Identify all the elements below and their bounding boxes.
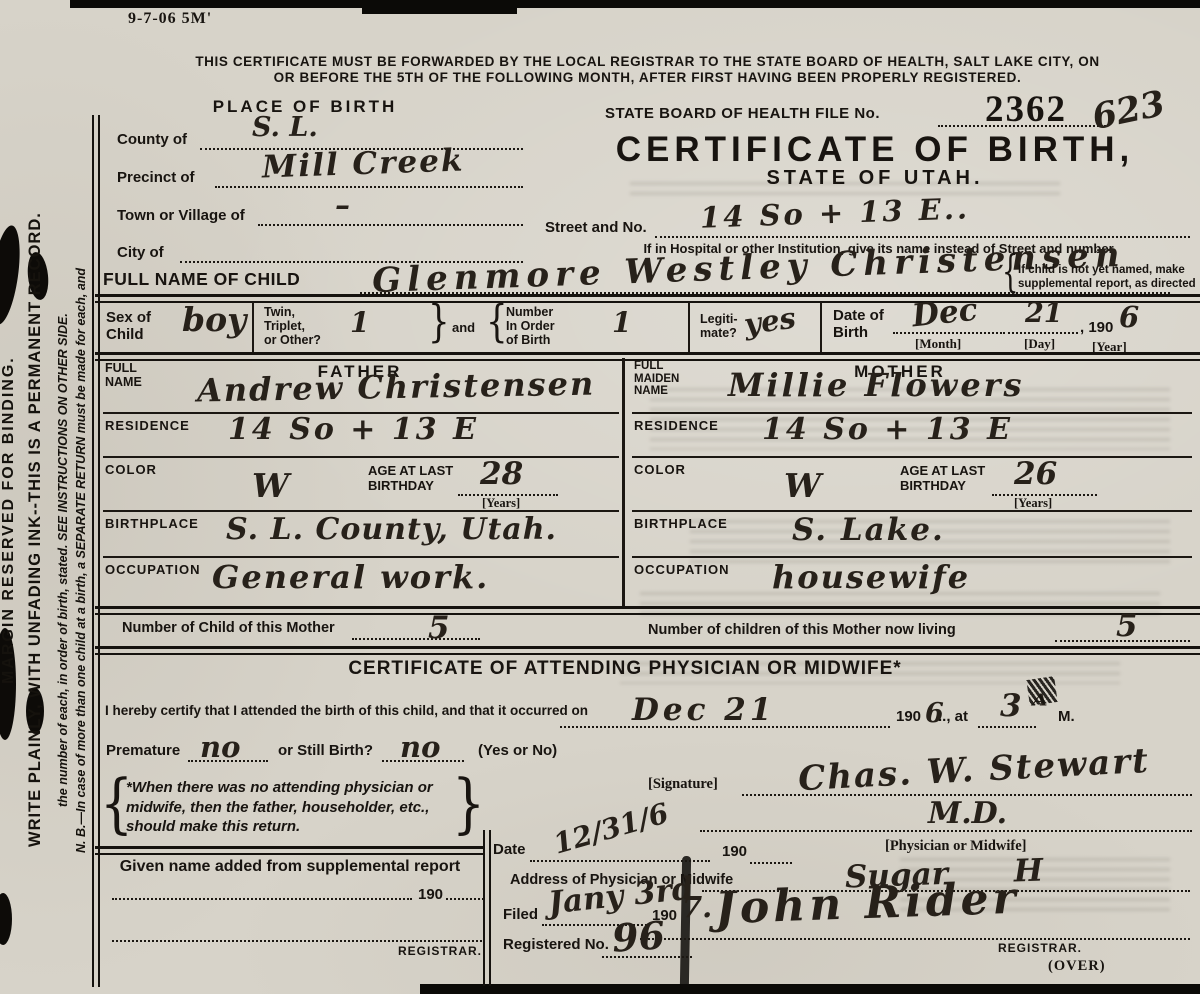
- supplemental-year: 190: [418, 886, 443, 903]
- rule: [95, 606, 1200, 615]
- stillbirth-label: or Still Birth?: [278, 742, 373, 759]
- supplemental-line2: [112, 920, 482, 942]
- line: [103, 536, 619, 558]
- city-label: City of: [117, 244, 164, 261]
- town-value: –: [335, 188, 350, 223]
- day-bracket: [Day]: [1024, 336, 1055, 352]
- certify-date-value: Dec 21: [632, 692, 775, 728]
- children-living-value: 5: [1116, 608, 1138, 644]
- printers-stamp: 9-7-06 5M': [128, 10, 212, 28]
- forwarding-instruction-line2: OR BEFORE THE 5TH OF THE FOLLOWING MONTH…: [100, 70, 1195, 85]
- certificate-subtitle: STATE OF UTAH.: [560, 167, 1190, 190]
- certify-year-prefix: 190: [896, 708, 921, 725]
- note-brace-close: }: [452, 767, 485, 842]
- physician-section-title: CERTIFICATE OF ATTENDING PHYSICIAN OR MI…: [200, 658, 1050, 680]
- legitimate-label: Legiti- mate?: [700, 312, 738, 340]
- line: [632, 436, 1192, 458]
- dob-month-value: Dec: [910, 292, 979, 335]
- supplemental-title: Given name added from supplemental repor…: [100, 858, 480, 876]
- line: [103, 436, 619, 458]
- physician-or-midwife-bracket: [Physician or Midwife]: [885, 838, 1027, 855]
- brace-open: {: [486, 296, 508, 348]
- margin-write-plainly-note: WRITE PLAINLY, WITH UNFADING INK--THIS I…: [26, 95, 52, 965]
- registrar-label: REGISTRAR.: [998, 941, 1082, 955]
- certify-statement: I hereby certify that I attended the bir…: [105, 703, 588, 718]
- father-mother-divider: [622, 358, 625, 608]
- birth-certificate-scan: 9-7-06 5M' MARGIN RESERVED FOR BINDING. …: [0, 0, 1200, 994]
- line: [632, 536, 1192, 558]
- margin-nb-note: N. B.—In case of more than one child at …: [52, 150, 90, 970]
- form-left-border: [92, 115, 100, 987]
- dob-label: Date of Birth: [833, 307, 884, 341]
- margin-binding-note: MARGIN RESERVED FOR BINDING.: [0, 250, 24, 790]
- sex-label: Sex of Child: [106, 309, 151, 343]
- certificate-title: CERTIFICATE OF BIRTH,: [560, 130, 1190, 170]
- month-bracket: [Month]: [915, 336, 961, 352]
- certify-m-label: M.: [1058, 708, 1075, 725]
- forwarding-instruction-line1: THIS CERTIFICATE MUST BE FORWARDED BY TH…: [100, 54, 1195, 69]
- binding-ink-blob: [0, 893, 12, 945]
- father-occupation-value: General work.: [212, 558, 489, 596]
- precinct-value: Mill Creek: [261, 142, 465, 185]
- mother-occupation-value: housewife: [772, 558, 970, 596]
- legitimate-value: yes: [742, 301, 798, 342]
- brace-close: }: [428, 296, 450, 348]
- mother-occupation-label: OCCUPATION: [634, 562, 729, 577]
- precinct-label: Precinct of: [117, 169, 195, 186]
- line: [103, 392, 619, 414]
- signature-bracket-label: [Signature]: [648, 776, 718, 793]
- supplemental-line1b: [446, 878, 484, 900]
- registered-no-label: Registered No.: [503, 936, 609, 953]
- scan-top-bar-thick: [362, 5, 517, 14]
- children-living-label: Number of children of this Mother now li…: [648, 622, 956, 638]
- divider: [688, 302, 690, 352]
- child-note-brace: {: [1002, 248, 1019, 299]
- child-name-label: FULL NAME OF CHILD: [103, 269, 300, 290]
- father-occupation-label: OCCUPATION: [105, 562, 200, 577]
- twin-label: Twin, Triplet, or Other?: [264, 305, 321, 347]
- mother-residence-label: RESIDENCE: [634, 418, 719, 433]
- over-label: (OVER): [1048, 958, 1106, 975]
- date-label: Date: [493, 841, 526, 858]
- premature-value: no: [200, 730, 240, 764]
- town-line: [258, 204, 523, 226]
- line: [103, 490, 619, 512]
- line: [632, 392, 1192, 414]
- rule: [95, 646, 1200, 655]
- birth-order-value: 1: [612, 306, 631, 339]
- registered-no-value: 96: [610, 912, 666, 961]
- scan-bottom-bar: [420, 984, 1200, 994]
- father-residence-label: RESIDENCE: [105, 418, 190, 433]
- street-label: Street and No.: [545, 219, 647, 236]
- child-note: If child is not yet named, make suppleme…: [1018, 264, 1198, 291]
- file-no-label: STATE BOARD OF HEALTH FILE No.: [605, 105, 880, 122]
- sex-value: boy: [182, 300, 246, 339]
- town-label: Town or Village of: [117, 207, 245, 224]
- divider: [820, 302, 822, 352]
- scan-top-bar: [70, 0, 1200, 8]
- credential-line: [700, 810, 1192, 832]
- county-label: County of: [117, 131, 187, 148]
- divider: [252, 302, 254, 352]
- time-scribble: [1026, 676, 1057, 706]
- bottom-divider: [483, 830, 491, 986]
- mother-birthplace-label: BIRTHPLACE: [634, 516, 728, 531]
- certify-at-label: .., at: [938, 708, 968, 725]
- date-year-printed: 190: [722, 843, 747, 860]
- no-physician-note: *When there was no attending physician o…: [126, 778, 466, 837]
- yes-or-no-label: (Yes or No): [478, 742, 557, 759]
- file-no-printed: 2362: [985, 88, 1067, 131]
- father-age-label: AGE AT LAST BIRTHDAY: [368, 463, 453, 493]
- and-label: and: [452, 320, 475, 335]
- father-name-label: FULL NAME: [105, 362, 142, 389]
- child-number-label: Number of Child of this Mother: [122, 620, 335, 636]
- supplemental-registrar-label: REGISTRAR.: [398, 944, 482, 958]
- dob-day-value: 21: [1025, 298, 1063, 329]
- twin-value: 1: [350, 306, 369, 339]
- date-year-line: [750, 842, 792, 864]
- child-number-value: 5: [428, 610, 450, 646]
- county-value: S. L.: [252, 112, 318, 143]
- dob-year-prefix: , 190: [1080, 319, 1113, 336]
- stillbirth-value: no: [400, 730, 440, 764]
- filed-label: Filed: [503, 906, 538, 923]
- line: [632, 490, 1192, 512]
- premature-label: Premature: [106, 742, 180, 759]
- birth-order-label: Number In Order of Birth: [506, 305, 555, 347]
- child-number-line: [352, 618, 480, 640]
- mother-age-label: AGE AT LAST BIRTHDAY: [900, 463, 985, 493]
- father-color-label: COLOR: [105, 462, 157, 477]
- father-birthplace-label: BIRTHPLACE: [105, 516, 199, 531]
- dob-year-value: 6: [1119, 300, 1139, 334]
- rule: [95, 846, 485, 855]
- mother-color-label: COLOR: [634, 462, 686, 477]
- registrar-line: [640, 918, 1190, 940]
- supplemental-line1: [112, 878, 412, 900]
